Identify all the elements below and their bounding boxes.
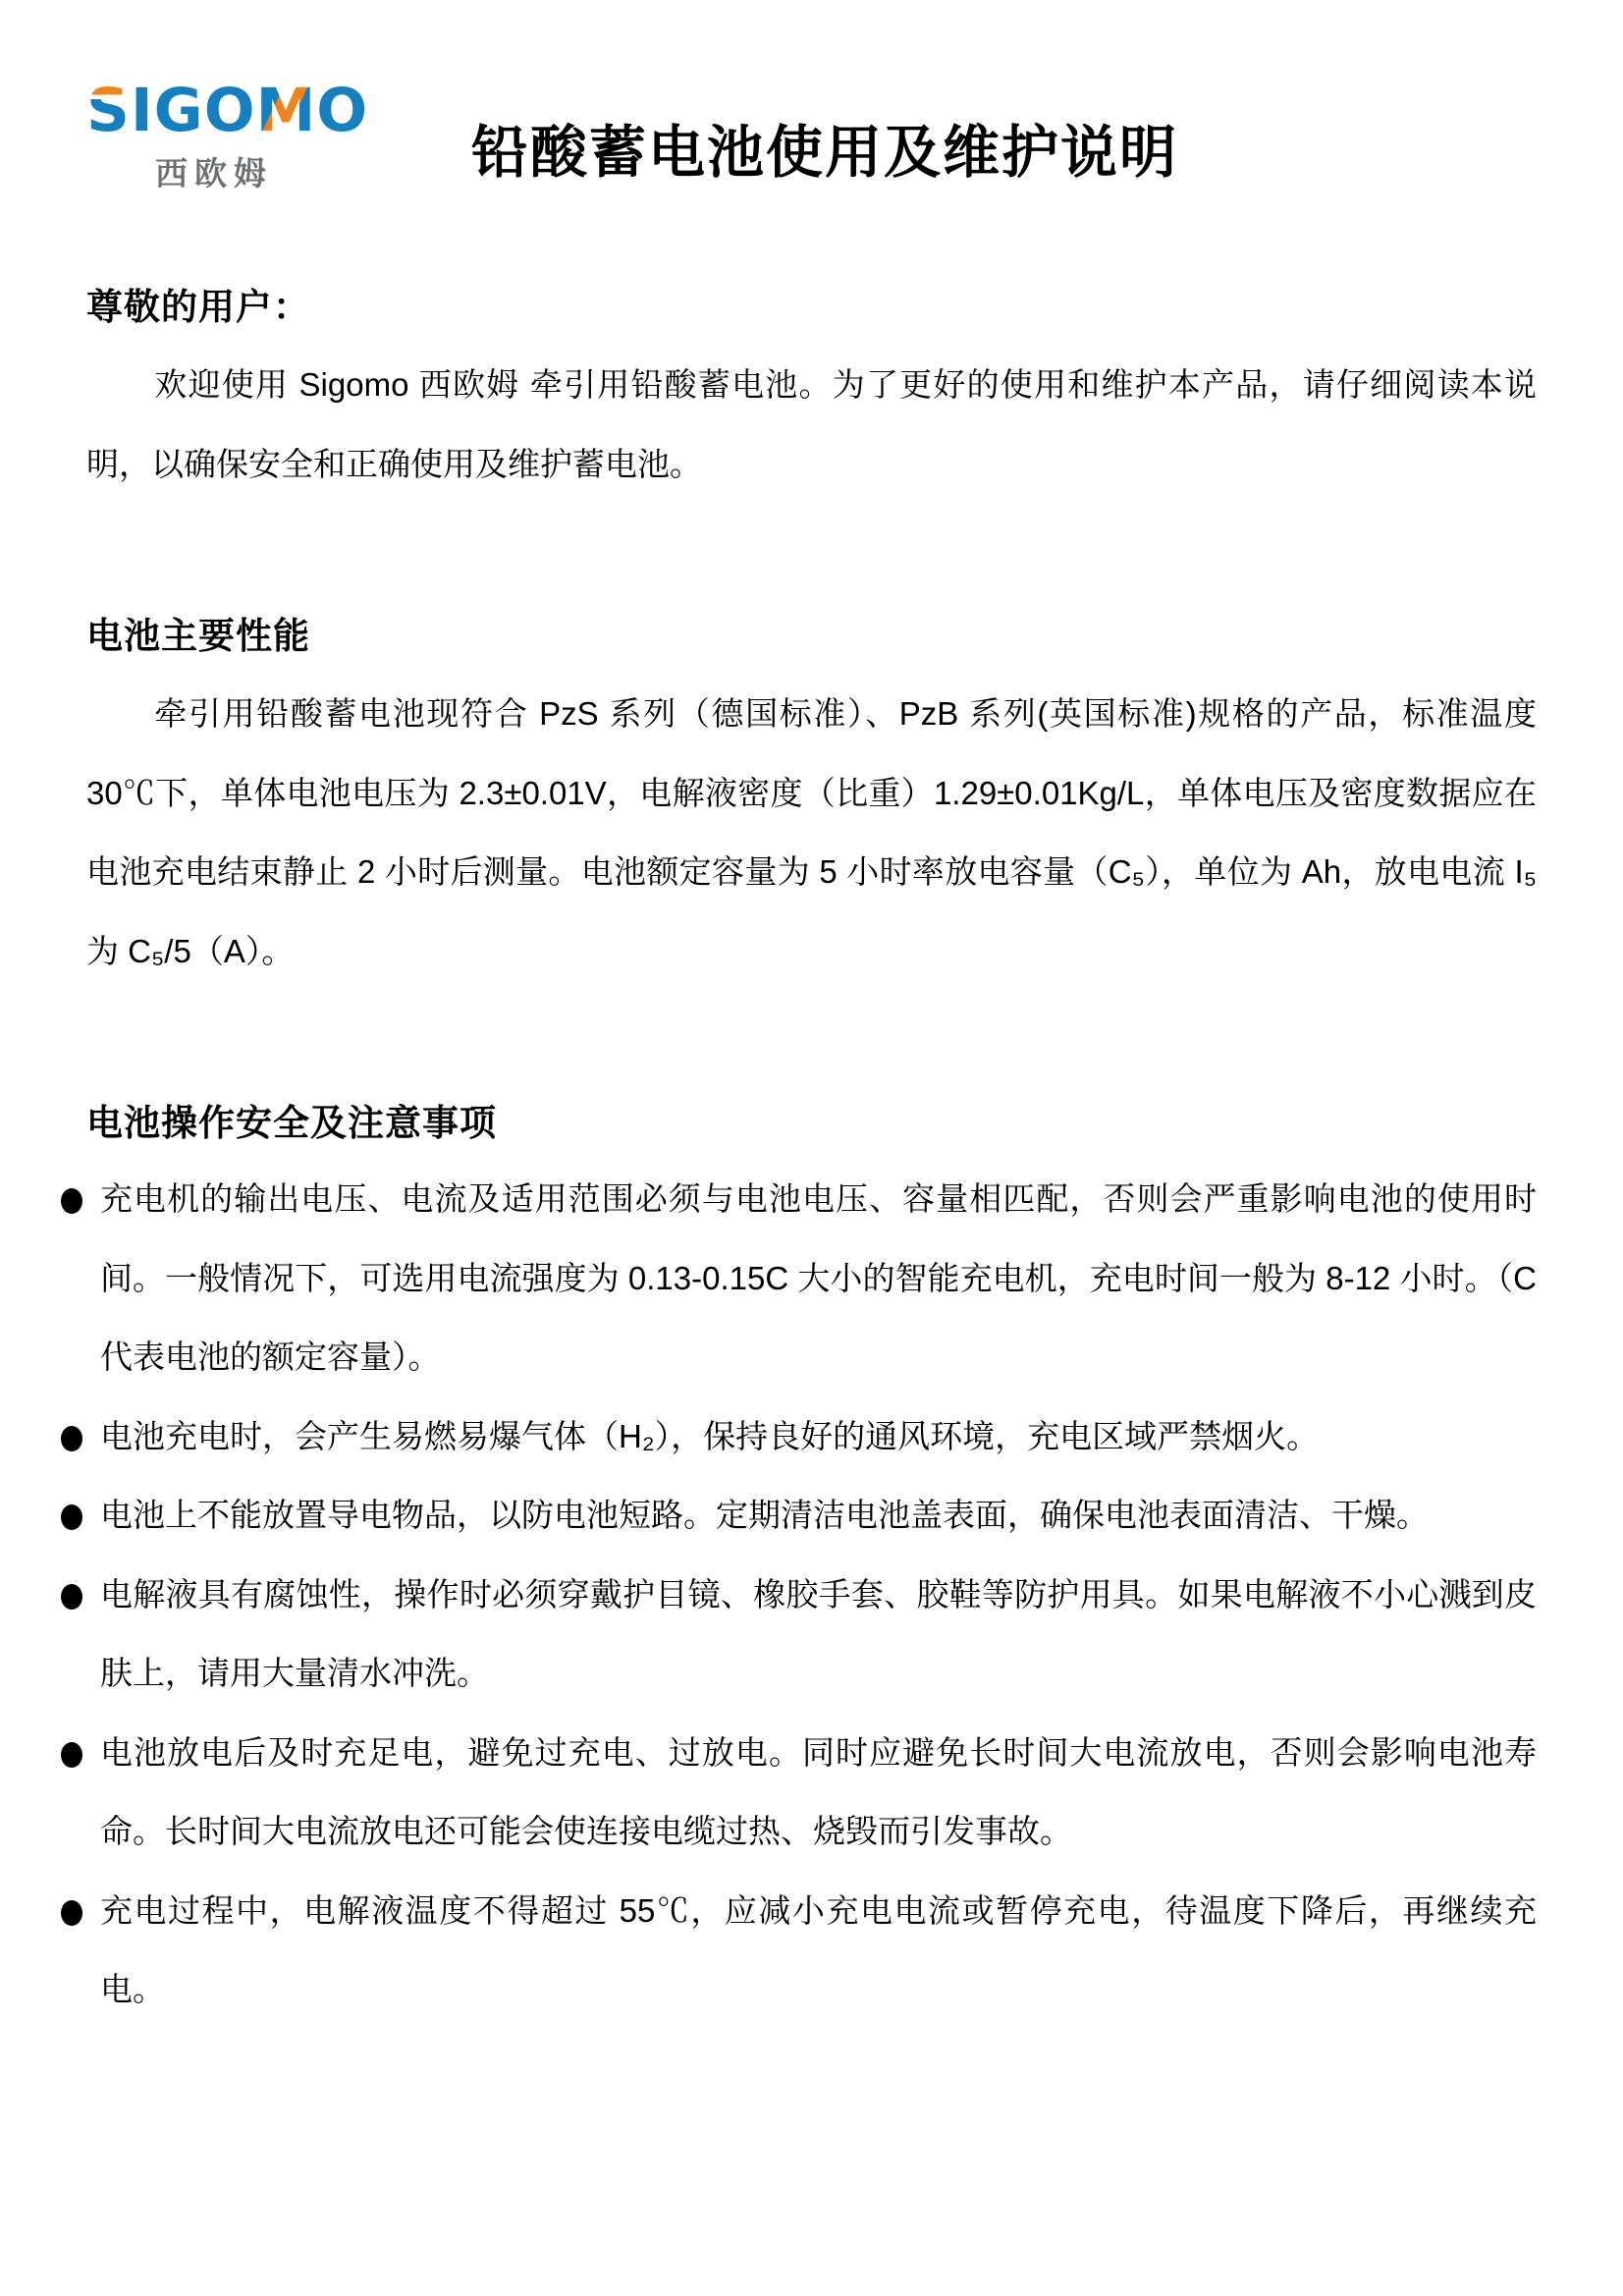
bullet-icon — [61, 1900, 82, 1926]
safety-item-text: 电池充电时，会产生易燃易爆气体（H₂），保持良好的通风环境，充电区域严禁烟火。 — [100, 1418, 1319, 1454]
safety-item-text: 电池放电后及时充足电，避免过充电、过放电。同时应避免长时间大电流放电，否则会影响… — [100, 1734, 1537, 1850]
safety-heading: 电池操作安全及注意事项 — [86, 1093, 1537, 1146]
bullet-icon — [61, 1584, 82, 1610]
safety-item-text: 电解液具有腐蚀性，操作时必须穿戴护目镜、橡胶手套、胶鞋等防护用具。如果电解液不小… — [100, 1576, 1537, 1692]
safety-item-text: 电池上不能放置导电物品，以防电池短路。定期清洁电池盖表面，确保电池表面清洁、干燥… — [100, 1497, 1429, 1533]
safety-list-item: 电池上不能放置导电物品，以防电池短路。定期清洁电池盖表面，确保电池表面清洁、干燥… — [86, 1476, 1537, 1556]
safety-list-item: 电池放电后及时充足电，避免过充电、过放电。同时应避免长时间大电流放电，否则会影响… — [86, 1714, 1537, 1872]
page-title: 铅酸蓄电池使用及维护说明 — [471, 106, 1178, 189]
document-header: SIGOMO 西欧姆 铅酸蓄电池使用及维护说明 — [86, 77, 1537, 194]
company-logo: SIGOMO 西欧姆 — [86, 77, 381, 194]
safety-list-item: 充电机的输出电压、电流及适用范围必须与电池电压、容量相匹配，否则会严重影响电池的… — [86, 1160, 1537, 1397]
logo-chinese-name: 西欧姆 — [155, 148, 381, 194]
bullet-icon — [61, 1188, 82, 1214]
performance-heading: 电池主要性能 — [86, 606, 1537, 659]
logo-wordmark: SIGOMO — [86, 81, 381, 140]
safety-list-item: 电解液具有腐蚀性，操作时必须穿戴护目镜、橡胶手套、胶鞋等防护用具。如果电解液不小… — [86, 1556, 1537, 1714]
document-page: SIGOMO 西欧姆 铅酸蓄电池使用及维护说明 尊敬的用户： 欢迎使用 Sigo… — [0, 0, 1623, 2296]
safety-list-item: 电池充电时，会产生易燃易爆气体（H₂），保持良好的通风环境，充电区域严禁烟火。 — [86, 1397, 1537, 1477]
performance-paragraph: 牵引用铅酸蓄电池现符合 PzS 系列（德国标准）、PzB 系列(英国标准)规格的… — [86, 675, 1537, 991]
greeting-paragraph: 欢迎使用 Sigomo 西欧姆 牵引用铅酸蓄电池。为了更好的使用和维护本产品，请… — [86, 346, 1537, 504]
safety-bullet-list: 充电机的输出电压、电流及适用范围必须与电池电压、容量相匹配，否则会严重影响电池的… — [86, 1160, 1537, 2030]
bullet-icon — [61, 1504, 82, 1530]
safety-item-text: 充电过程中，电解液温度不得超过 55℃，应减小充电电流或暂停充电，待温度下降后，… — [100, 1892, 1537, 2008]
bullet-icon — [61, 1426, 82, 1451]
safety-list-item: 充电过程中，电解液温度不得超过 55℃，应减小充电电流或暂停充电，待温度下降后，… — [86, 1872, 1537, 2030]
safety-item-text: 充电机的输出电压、电流及适用范围必须与电池电压、容量相匹配，否则会严重影响电池的… — [100, 1180, 1537, 1375]
bullet-icon — [61, 1742, 82, 1768]
greeting-heading: 尊敬的用户： — [86, 277, 1537, 330]
